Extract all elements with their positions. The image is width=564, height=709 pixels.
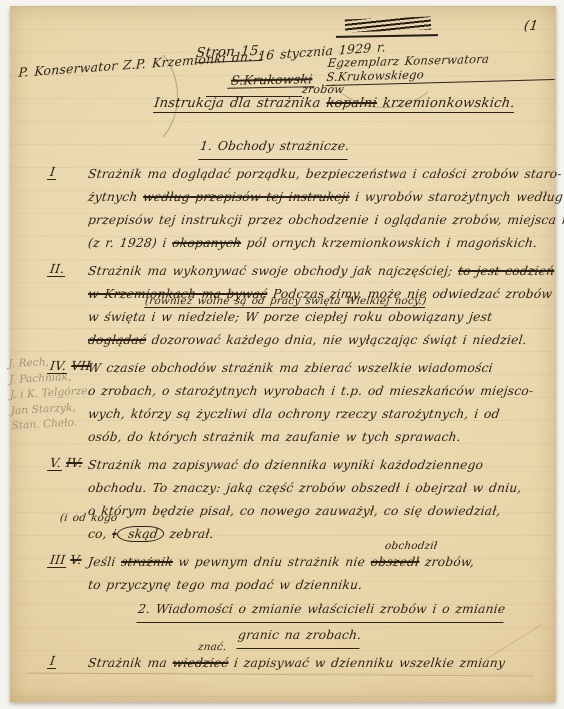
document-title: Instrukcja dla strażnika kopalni krzemio…	[154, 96, 515, 113]
text-run: obchodu. To znaczy: jaką część zrobów ob…	[87, 481, 522, 495]
manuscript-line-text: obchodu. To znaczy: jaką część zrobów ob…	[87, 477, 523, 500]
instruction-item: II.Strażnik ma wykonywać swoje obchody j…	[88, 260, 558, 352]
manuscript-line: obchodziłJeśli strażnik w pewnym dniu st…	[88, 551, 558, 574]
struck-text: okopanych	[171, 236, 242, 250]
manuscript-line-text: to przyczynę tego ma podać w dzienniku.	[87, 574, 364, 597]
document-title-text: Instrukcja dla strażnika kopalni krzemio…	[153, 96, 516, 113]
manuscript-line-text: Strażnik ma zapisywać do dziennika wynik…	[87, 454, 485, 477]
inserted-text-above: (również wolne są od pracy święta Wielki…	[144, 296, 427, 308]
item-numeral-main: III	[47, 552, 68, 568]
manuscript-line-text: (i od kogoco, i skąd zebrał.	[87, 523, 216, 546]
text-run: Jeśli	[87, 555, 122, 569]
text-run: pól ornych krzemionkowskich i magońskich…	[240, 236, 538, 250]
manuscript-line: Strażnik ma wykonywać swoje obchody jak …	[88, 260, 558, 283]
inserted-text-above: (i od kogo	[59, 513, 118, 524]
margin-name: Stan. Cheło.	[11, 415, 93, 435]
item-numeral-crossed: IV.	[65, 455, 83, 470]
section: 1. Obchody strażnicze.IStrażnik ma doglą…	[88, 134, 558, 597]
text-run: o którym będzie pisał, co nowego zauważy…	[87, 504, 501, 518]
manuscript-line-text: żytnych według przepisów tej instrukcji …	[87, 186, 564, 209]
text-run: Strażnik ma	[87, 656, 173, 670]
struck-text: to jest codzień	[457, 264, 555, 278]
manuscript-line: znać.Strażnik ma wiedzieć i zapisywać w …	[88, 652, 558, 675]
item-numeral-crossed: V.	[70, 552, 83, 567]
text-run: przepisów tej instrukcji przez obchodzen…	[87, 213, 564, 227]
text-run: o zrobach, o starożytnych wyrobach i t.p…	[87, 384, 534, 398]
struck-text: według przepisów tej instrukcji	[142, 190, 350, 204]
text-run: Strażnik ma wykonywać swoje obchody jak …	[87, 264, 459, 278]
manuscript-line: obchodu. To znaczy: jaką część zrobów ob…	[88, 477, 558, 500]
text-run: wych, którzy są życzliwi dla ochrony rze…	[87, 407, 500, 421]
manuscript-line-text: o którym będzie pisał, co nowego zauważy…	[87, 500, 502, 523]
title-post: krzemionkowskich.	[376, 96, 516, 111]
item-numeral: II.	[47, 261, 67, 276]
manuscript-line: o zrobach, o starożytnych wyrobach i t.p…	[88, 380, 558, 403]
struck-text: strażnik	[120, 555, 174, 569]
instruction-item: V.IV.Strażnik ma zapisywać do dziennika …	[88, 454, 558, 546]
section: 2. Wiadomości o zmianie właścicieli zrob…	[88, 597, 558, 675]
title-struck-word: kopalni	[325, 96, 377, 111]
manuscript-line: Strażnik ma zapisywać do dziennika wynik…	[88, 454, 558, 477]
manuscript-line: W czasie obchodów strażnik ma zbierać ws…	[88, 357, 558, 380]
section-heading-text: granic na zrobach.	[236, 623, 362, 649]
struck-text: wiedzieć	[172, 656, 230, 670]
pages-note-text: Stron 15.	[195, 43, 264, 63]
copy-note-text: Egzemplarz Konserwatora S.Krukowskiego	[326, 50, 558, 86]
manuscript-line-text: przepisów tej instrukcji przez obchodzen…	[87, 209, 564, 232]
title-pre: Instrukcja dla strażnika	[153, 96, 327, 111]
manuscript-line: Strażnik ma doglądać porządku, bezpiecze…	[88, 163, 558, 186]
page-number-text: (1	[523, 18, 539, 34]
item-numeral: I	[47, 164, 58, 179]
item-numeral-main: I	[47, 653, 58, 669]
manuscript-line: żytnych według przepisów tej instrukcji …	[88, 186, 558, 209]
text-run: Strażnik ma zapisywać do dziennika wynik…	[87, 458, 484, 472]
item-numeral: V.IV.	[47, 455, 83, 470]
manuscript-line: (również wolne są od pracy święta Wielki…	[88, 306, 558, 329]
text-run: Strażnik ma doglądać porządku, bezpiecze…	[87, 167, 562, 181]
manuscript-line-text: znać.Strażnik ma wiedzieć i zapisywać w …	[87, 652, 507, 675]
document-body: 1. Obchody strażnicze.IStrażnik ma doglą…	[88, 134, 558, 675]
manuscript-line-text: obchodziłJeśli strażnik w pewnym dniu st…	[87, 551, 476, 574]
section-heading: granic na zrobach.	[88, 623, 558, 647]
manuscript-page: (1 P. Konserwator Z.P. Krzemionki dn. 16…	[10, 6, 556, 702]
struck-text: doglądać	[87, 333, 147, 347]
instruction-item: IV.VIIW czasie obchodów strażnik ma zbie…	[88, 357, 558, 449]
inserted-text-above: znać.	[197, 642, 227, 653]
section-heading: 1. Obchody strażnicze.	[88, 134, 558, 158]
item-numeral: IIIV.	[47, 552, 82, 567]
copy-note: Egzemplarz Konserwatora S.Krukowskiego	[327, 50, 557, 86]
title-insertion: zrobów	[302, 83, 344, 96]
text-run: zrobów,	[418, 555, 475, 569]
section-heading-text: 1. Obchody strażnicze.	[198, 134, 350, 160]
text-run: i zapisywać w dzienniku wszelkie zmiany	[228, 656, 506, 670]
item-numeral-main: V.	[47, 455, 64, 471]
section-heading: 2. Wiadomości o zmianie właścicieli zrob…	[88, 597, 558, 621]
text-run: zebrał.	[163, 527, 214, 541]
manuscript-scan: { "page": { "page_number": "(1", "sender…	[0, 0, 564, 709]
manuscript-line-text: (z r. 1928) i okopanych pól ornych krzem…	[87, 232, 539, 255]
text-run: żytnych	[87, 190, 144, 204]
item-numeral-main: II.	[47, 261, 67, 277]
text-run: i wyrobów starożytnych według	[349, 190, 564, 204]
item-numeral: IV.VII	[47, 358, 92, 373]
manuscript-line: przepisów tej instrukcji przez obchodzen…	[88, 209, 558, 232]
inserted-text-above: obchodził	[384, 541, 438, 552]
item-numeral-main: IV.	[47, 358, 69, 374]
manuscript-line: to przyczynę tego ma podać w dzienniku.	[88, 574, 558, 597]
manuscript-line-text: wych, którzy są życzliwi dla ochrony rze…	[87, 403, 501, 426]
text-run: osób, do których strażnik ma zaufanie w …	[87, 430, 462, 444]
manuscript-line: osób, do których strażnik ma zaufanie w …	[88, 426, 558, 449]
item-numeral: I	[47, 653, 58, 668]
manuscript-line-text: o zrobach, o starożytnych wyrobach i t.p…	[87, 380, 535, 403]
text-run: w święta i w niedziele; W porze ciepłej …	[87, 310, 493, 324]
manuscript-line: (i od kogoco, i skąd zebrał.	[88, 523, 558, 546]
manuscript-line-text: (również wolne są od pracy święta Wielki…	[87, 306, 494, 329]
manuscript-line: o którym będzie pisał, co nowego zauważy…	[88, 500, 558, 523]
manuscript-line: (z r. 1928) i okopanych pól ornych krzem…	[88, 232, 558, 255]
manuscript-line-text: Strażnik ma doglądać porządku, bezpiecze…	[87, 163, 563, 186]
struck-text: obszedł	[370, 555, 420, 569]
manuscript-line: wych, którzy są życzliwi dla ochrony rze…	[88, 403, 558, 426]
manuscript-line: doglądać dozorować każdego dnia, nie wył…	[88, 329, 558, 352]
manuscript-line-text: osób, do których strażnik ma zaufanie w …	[87, 426, 463, 449]
text-run: to przyczynę tego ma podać w dzienniku.	[87, 578, 363, 592]
text-run: co,	[87, 527, 113, 541]
item-numeral-main: I	[47, 164, 58, 180]
text-run: W czasie obchodów strażnik ma zbierać ws…	[87, 361, 493, 375]
manuscript-line-text: doglądać dozorować każdego dnia, nie wył…	[87, 329, 529, 352]
instruction-item: Iznać.Strażnik ma wiedzieć i zapisywać w…	[88, 652, 558, 675]
section-heading-text: 2. Wiadomości o zmianie właścicieli zrob…	[136, 597, 506, 623]
instruction-item: IIIV.obchodziłJeśli strażnik w pewnym dn…	[88, 551, 558, 597]
manuscript-line-text: W czasie obchodów strażnik ma zbierać ws…	[87, 357, 495, 380]
instruction-item: IStrażnik ma doglądać porządku, bezpiecz…	[88, 163, 558, 255]
circled-text: skąd	[116, 526, 165, 542]
text-run: dozorować każdego dnia, nie wyłączając ś…	[145, 333, 527, 347]
text-run: w pewnym dniu strażnik nie	[172, 555, 372, 569]
page-number: (1	[524, 18, 538, 34]
manuscript-line-text: Strażnik ma wykonywać swoje obchody jak …	[87, 260, 556, 283]
title-insertion-text: zrobów	[301, 83, 345, 96]
text-run: (z r. 1928) i	[87, 236, 173, 250]
pages-note: Stron 15.	[196, 43, 264, 63]
